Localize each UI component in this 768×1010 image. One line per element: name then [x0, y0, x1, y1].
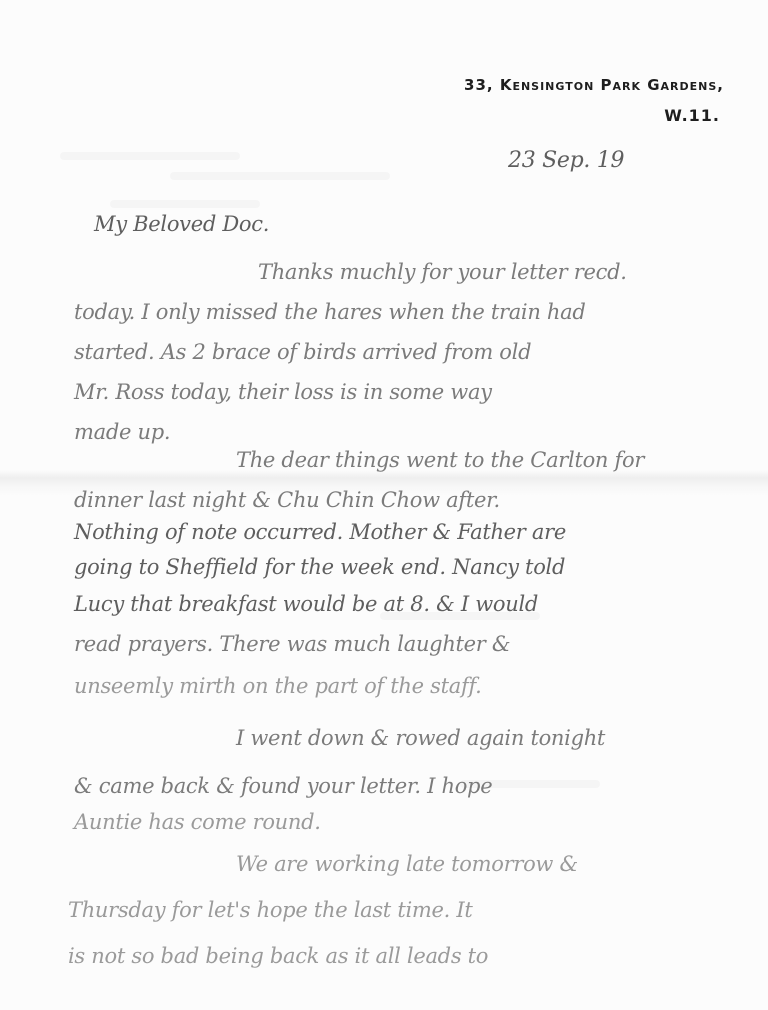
salutation: My Beloved Doc. — [94, 212, 269, 236]
letterhead-address: 33, Kensington Park Gardens, — [464, 76, 724, 94]
letter-line: The dear things went to the Carlton for — [236, 448, 644, 472]
letter-line: Thursday for let's hope the last time. I… — [68, 898, 473, 922]
letter-date: 23 Sep. 19 — [508, 148, 624, 173]
letter-line: read prayers. There was much laughter & — [74, 632, 510, 656]
letter-line: Mr. Ross today, their loss is in some wa… — [74, 380, 492, 404]
bleed-through-mark — [110, 200, 260, 208]
letter-line: I went down & rowed again tonight — [236, 726, 605, 750]
letter-line: going to Sheffield for the week end. Nan… — [74, 555, 565, 579]
letter-line: Thanks muchly for your letter recd. — [258, 260, 627, 284]
letter-line: made up. — [74, 420, 170, 444]
letter-line: is not so bad being back as it all leads… — [68, 944, 488, 968]
letter-line: Nothing of note occurred. Mother & Fathe… — [74, 520, 566, 544]
letterhead-postcode: W.11. — [464, 106, 720, 125]
letter-line: Auntie has come round. — [74, 810, 321, 834]
letter-line: started. As 2 brace of birds arrived fro… — [74, 340, 531, 364]
letter-line: dinner last night & Chu Chin Chow after. — [74, 488, 500, 512]
letter-line: We are working late tomorrow & — [236, 852, 578, 876]
letter-page: 33, Kensington Park Gardens, W.11. 23 Se… — [0, 0, 768, 1010]
letter-line: & came back & found your letter. I hope — [74, 774, 492, 798]
letter-line: Lucy that breakfast would be at 8. & I w… — [74, 592, 538, 616]
bleed-through-mark — [170, 172, 390, 180]
letter-line: unseemly mirth on the part of the staff. — [74, 674, 482, 698]
letter-line: today. I only missed the hares when the … — [74, 300, 586, 324]
bleed-through-mark — [60, 152, 240, 160]
letterhead: 33, Kensington Park Gardens, W.11. — [464, 76, 724, 125]
